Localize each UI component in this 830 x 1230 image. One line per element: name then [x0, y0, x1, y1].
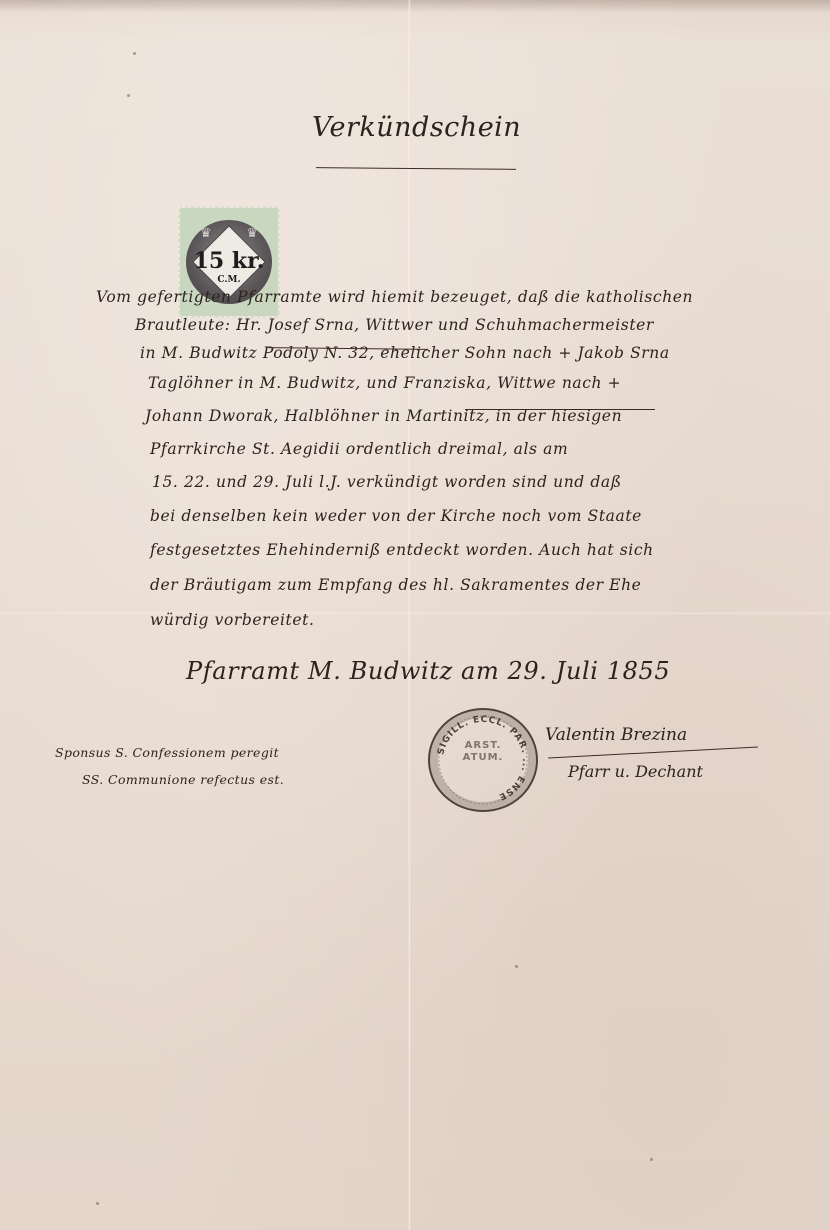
- double-eagle-icon: ♛: [246, 226, 258, 241]
- body-line: der Bräutigam zum Empfang des hl. Sakram…: [150, 576, 641, 594]
- body-line: festgesetztes Ehehinderniß entdeckt word…: [150, 541, 654, 559]
- body-line: Pfarrkirche St. Aegidii ordentlich dreim…: [150, 440, 568, 458]
- side-note-line: SS. Communione refectus est.: [82, 772, 284, 787]
- name-underline: [465, 409, 655, 410]
- paper-speck: [127, 94, 130, 97]
- signature-role: Pfarr u. Dechant: [568, 762, 703, 781]
- body-line: Taglöhner in M. Budwitz, und Franziska, …: [148, 374, 621, 392]
- paper-speck: [96, 1202, 99, 1205]
- page-edge-shadow: [0, 0, 830, 12]
- document-page: Verkündschein ♛ ♛ 15 kr. C.M. Vom gefert…: [0, 0, 830, 1230]
- paper-speck: [650, 1158, 653, 1161]
- parish-seal: SIGILL. ECCL. PAR. ... ENSE ARST. ATUM.: [428, 708, 538, 812]
- signature-name: Valentin Brezina: [545, 725, 687, 745]
- body-line: in M. Budwitz Podoly N. 32, ehelicher So…: [140, 344, 670, 362]
- side-note-line: Sponsus S. Confessionem peregit: [55, 745, 279, 760]
- body-line: würdig vorbereitet.: [150, 611, 314, 629]
- stamp-value: 15 kr.: [186, 248, 272, 274]
- horizontal-fold-line: [0, 612, 830, 615]
- stamp-unit: C.M.: [186, 275, 272, 285]
- body-line: bei denselben kein weder von der Kirche …: [150, 507, 642, 525]
- body-line: 15. 22. und 29. Juli l.J. verkündigt wor…: [152, 473, 622, 491]
- title-underline: [316, 167, 516, 170]
- body-line: Vom gefertigten Pfarramte wird hiemit be…: [96, 288, 693, 306]
- paper-speck: [133, 52, 136, 55]
- vertical-fold-line: [408, 0, 411, 1230]
- double-eagle-icon: ♛: [200, 226, 212, 241]
- document-title: Verkündschein: [312, 112, 512, 143]
- paper-speck: [515, 965, 518, 968]
- signature-flourish: [548, 747, 758, 759]
- body-line: Brautleute: Hr. Josef Srna, Wittwer und …: [135, 316, 654, 334]
- seal-center-text: ARST. ATUM.: [450, 740, 516, 764]
- place-date: Pfarramt M. Budwitz am 29. Juli 1855: [186, 657, 670, 685]
